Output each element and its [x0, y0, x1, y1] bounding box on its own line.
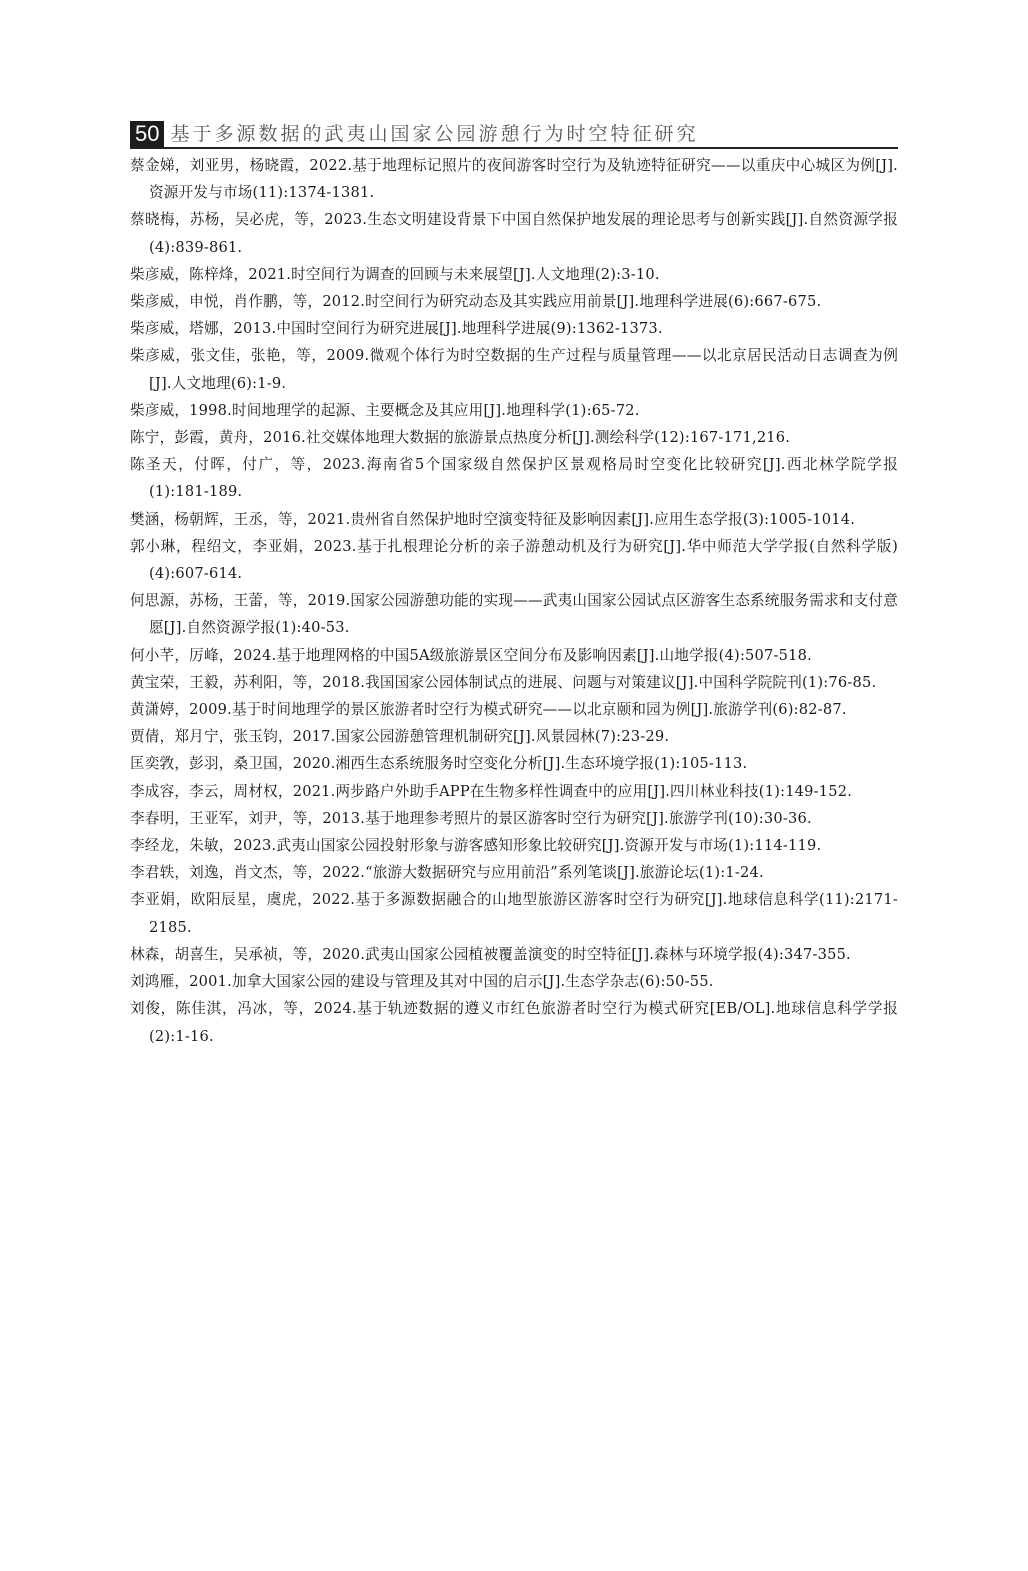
reference-item: 郭小琳，程绍文，李亚娟，2023.基于扎根理论分析的亲子游憩动机及行为研究[J]… [130, 533, 898, 587]
reference-item: 李经龙，朱敏，2023.武夷山国家公园投射形象与游客感知形象比较研究[J].资源… [130, 832, 898, 859]
reference-item: 李亚娟，欧阳辰星，虞虎，2022.基于多源数据融合的山地型旅游区游客时空行为研究… [130, 886, 898, 940]
page-number: 50 [130, 121, 164, 147]
reference-item: 匡奕敩，彭羽，桑卫国，2020.湘西生态系统服务时空变化分析[J].生态环境学报… [130, 750, 898, 777]
reference-item: 蔡晓梅，苏杨，吴必虎，等，2023.生态文明建设背景下中国自然保护地发展的理论思… [130, 206, 898, 260]
reference-item: 贾倩，郑月宁，张玉钧，2017.国家公园游憩管理机制研究[J].风景园林(7):… [130, 723, 898, 750]
reference-item: 李成容，李云，周材权，2021.两步路户外助手APP在生物多样性调查中的应用[J… [130, 778, 898, 805]
reference-item: 陈宁，彭霞，黄舟，2016.社交媒体地理大数据的旅游景点热度分析[J].测绘科学… [130, 424, 898, 451]
reference-item: 李春明，王亚军，刘尹，等，2013.基于地理参考照片的景区游客时空行为研究[J]… [130, 805, 898, 832]
reference-item: 刘俊，陈佳淇，冯冰，等，2024.基于轨迹数据的遵义市红色旅游者时空行为模式研究… [130, 995, 898, 1049]
reference-list: 蔡金娣，刘亚男，杨晓霞，2022.基于地理标记照片的夜间游客时空行为及轨迹特征研… [130, 152, 898, 1050]
reference-item: 樊涵，杨朝辉，王丞，等，2021.贵州省自然保护地时空演变特征及影响因素[J].… [130, 506, 898, 533]
running-header: 50 基于多源数据的武夷山国家公园游憩行为时空特征研究 [130, 119, 898, 149]
reference-item: 黄潇婷，2009.基于时间地理学的景区旅游者时空行为模式研究——以北京颐和园为例… [130, 696, 898, 723]
reference-item: 陈圣天，付晖，付广，等，2023.海南省5个国家级自然保护区景观格局时空变化比较… [130, 451, 898, 505]
reference-item: 何思源，苏杨，王蕾，等，2019.国家公园游憩功能的实现——武夷山国家公园试点区… [130, 587, 898, 641]
reference-item: 何小芊，厉峰，2024.基于地理网格的中国5A级旅游景区空间分布及影响因素[J]… [130, 642, 898, 669]
reference-item: 刘鸿雁，2001.加拿大国家公园的建设与管理及其对中国的启示[J].生态学杂志(… [130, 968, 898, 995]
reference-item: 林森，胡喜生，吴承祯，等，2020.武夷山国家公园植被覆盖演变的时空特征[J].… [130, 941, 898, 968]
reference-item: 柴彦威，申悦，肖作鹏，等，2012.时空间行为研究动态及其实践应用前景[J].地… [130, 288, 898, 315]
reference-item: 李君轶，刘逸，肖文杰，等，2022.“旅游大数据研究与应用前沿”系列笔谈[J].… [130, 859, 898, 886]
reference-item: 蔡金娣，刘亚男，杨晓霞，2022.基于地理标记照片的夜间游客时空行为及轨迹特征研… [130, 152, 898, 206]
reference-item: 柴彦威，陈梓烽，2021.时空间行为调查的回顾与未来展望[J].人文地理(2):… [130, 261, 898, 288]
reference-item: 柴彦威，张文佳，张艳，等，2009.微观个体行为时空数据的生产过程与质量管理——… [130, 342, 898, 396]
reference-item: 柴彦威，塔娜，2013.中国时空间行为研究进展[J].地理科学进展(9):136… [130, 315, 898, 342]
running-title: 基于多源数据的武夷山国家公园游憩行为时空特征研究 [170, 121, 698, 147]
reference-item: 黄宝荣，王毅，苏利阳，等，2018.我国国家公园体制试点的进展、问题与对策建议[… [130, 669, 898, 696]
reference-item: 柴彦威，1998.时间地理学的起源、主要概念及其应用[J].地理科学(1):65… [130, 397, 898, 424]
